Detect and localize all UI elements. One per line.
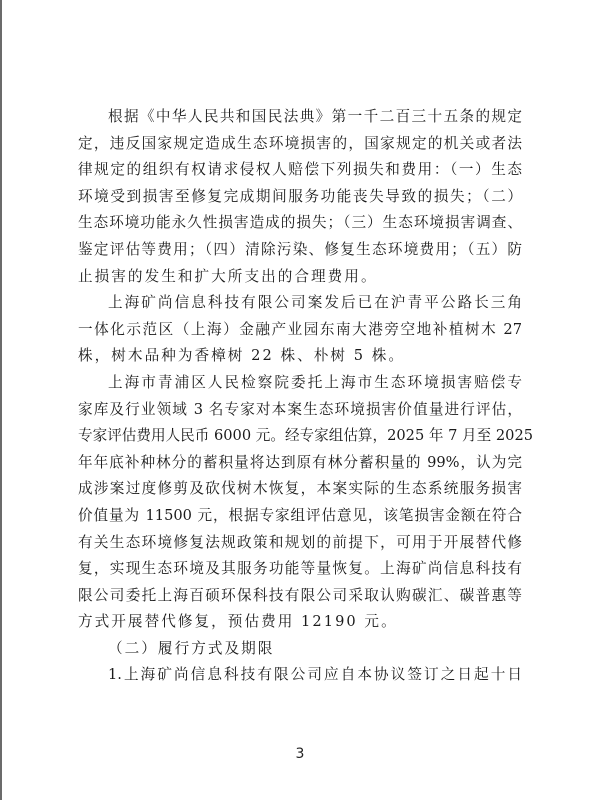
text-line: 上海市青浦区人民检察院委托上海市生态环境损害赔偿专 <box>78 370 522 397</box>
text-line: 鉴定评估等费用；（四）清除污染、修复生态环境费用；（五）防 <box>78 237 522 264</box>
text-line: 限公司委托上海百硕环保科技有限公司采取认购碳汇、碳普惠等 <box>78 583 522 610</box>
text-line: 环境受到损害至修复完成期间服务功能丧失导致的损失；（二） <box>78 184 522 211</box>
text-line: 家库及行业领域 3 名专家对本案生态环境损害价值量进行评估， <box>78 397 522 424</box>
text-line: 上海矿尚信息科技有限公司案发后已在沪青平公路长三角 <box>78 290 522 317</box>
text-line: 成涉案过度修剪及砍伐树木恢复，本案实际的生态系统服务损害 <box>78 476 522 503</box>
page-number: 3 <box>0 746 600 762</box>
text-line: 价值量为 11500 元，根据专家组评估意见，该笔损害金额在符合 <box>78 503 522 530</box>
text-line: 律规定的组织有权请求侵权人赔偿下列损失和费用：（一）生态 <box>78 157 522 184</box>
text-line: 专家评估费用人民币 6000 元。经专家组估算，2025 年 7 月至 2025 <box>78 423 522 450</box>
text-line: 年年底补种林分的蓄积量将达到原有林分蓄积量的 99%，认为完 <box>78 450 522 477</box>
text-line: 有关生态环境修复法规政策和规划的前提下，可用于开展替代修 <box>78 530 522 557</box>
text-line: 复，实现生态环境及其服务功能等量恢复。上海矿尚信息科技有 <box>78 556 522 583</box>
text-line: 方式开展替代修复，预估费用 12190 元。 <box>78 609 522 636</box>
text-line: 生态环境功能永久性损害造成的损失；（三）生态环境损害调查、 <box>78 210 522 237</box>
text-line: 1.上海矿尚信息科技有限公司应自本协议签订之日起十日 <box>78 662 522 689</box>
text-line: 一体化示范区（上海）金融产业园东南大港旁空地补植树木 27 <box>78 317 522 344</box>
section-heading: （二）履行方式及期限 <box>78 636 522 663</box>
scan-edge <box>0 0 2 800</box>
document-body: 根据《中华人民共和国民法典》第一千二百三十五条的规定 定，违反国家规定造成生态环… <box>78 104 522 689</box>
text-line: 株，树木品种为香樟树 22 株、朴树 5 株。 <box>78 343 522 370</box>
text-line: 止损害的发生和扩大所支出的合理费用。 <box>78 264 522 291</box>
text-line: 根据《中华人民共和国民法典》第一千二百三十五条的规定 <box>78 104 522 131</box>
text-line: 定，违反国家规定造成生态环境损害的，国家规定的机关或者法 <box>78 131 522 158</box>
